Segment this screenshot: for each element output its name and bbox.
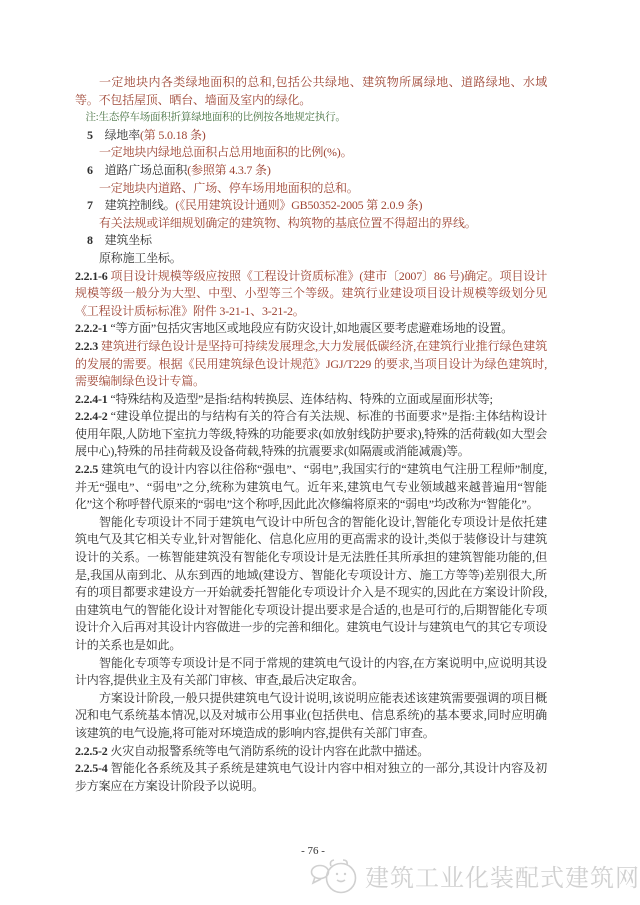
item-5-green-ratio: 5 绿地率(第 5.0.18 条) — [75, 127, 547, 145]
text-segment: 建筑电气的设计内容以往俗称“强电”、“弱电”,我国实行的“建筑电气注册工程师”制… — [75, 462, 547, 511]
text-segment: 一定地块内绿地总面积占总用地面积的比例(%)。 — [99, 145, 352, 159]
text-segment: “等方面”包括灾害地区或地段应有防灾设计,如地震区要考虑避难场地的设置。 — [108, 321, 513, 335]
clause-2-2-1-6: 2.2.1-6 项目设计规模等级应按照《工程设计资质标准》(建市〔2007〕86… — [75, 268, 547, 321]
clause-2-2-2-1: 2.2.2-1 “等方面”包括灾害地区或地段应有防灾设计,如地震区要考虑避难场地… — [75, 320, 547, 338]
text-segment: 一定地块内各类绿地面积的总和,包括公共绿地、建筑物所属绿地、道路绿地、水域等。不… — [75, 75, 547, 107]
text-segment: 道路广场总面积 — [93, 163, 187, 177]
section-number: 2.2.1-6 — [75, 269, 108, 283]
para-scheme-design-stage: 方案设计阶段,一般只提供建筑电气设计说明,该说明应能表述该建筑需要强调的项目概况… — [75, 690, 547, 743]
item-6-road-square-area: 6 道路广场总面积(参照第 4.3.7 条) — [75, 162, 547, 180]
item-8-building-coordinates: 8 建筑坐标 — [75, 232, 547, 250]
item-7-building-control-line: 7 建筑控制线。(《民用建筑设计通则》GB50352-2005 第 2.0.9 … — [75, 197, 547, 215]
text-segment: 建筑坐标 — [93, 233, 152, 247]
para-control-line-definition: 有关法规或详细规划确定的建筑物、构筑物的基底位置不得超出的界线。 — [75, 215, 547, 233]
watermark: 建筑工业化装配式建筑网 — [309, 853, 640, 897]
document-body: 一定地块内各类绿地面积的总和,包括公共绿地、建筑物所属绿地、道路绿地、水域等。不… — [75, 74, 547, 795]
section-number: 2.2.5-2 — [75, 744, 108, 758]
text-segment: (第 5.0.18 条) — [140, 128, 206, 142]
text-segment: (参照第 4.3.7 条) — [187, 163, 270, 177]
text-segment: 注:生态停车场面积折算绿地面积的比例按各地规定执行。 — [86, 112, 346, 123]
clause-2-2-3: 2.2.3 建筑进行绿色设计是坚持可持续发展理念,大力发展低碳经济,在建筑行业推… — [75, 338, 547, 391]
document-page: 一定地块内各类绿地面积的总和,包括公共绿地、建筑物所属绿地、道路绿地、水域等。不… — [0, 0, 640, 905]
text-segment: 智能化专项等专项设计是不同于常规的建筑电气设计的内容,在方案说明中,应说明其设计… — [75, 656, 547, 688]
para-green-ratio-definition: 一定地块内绿地总面积占总用地面积的比例(%)。 — [75, 144, 547, 162]
clause-2-2-5-2: 2.2.5-2 火灾自动报警系统等电气消防系统的设计内容在此款中描述。 — [75, 743, 547, 761]
para-road-square-definition: 一定地块内道路、广场、停车场用地面积的总和。 — [75, 180, 547, 198]
section-number: 2.2.5-4 — [75, 761, 108, 775]
text-segment: 一定地块内道路、广场、停车场用地面积的总和。 — [99, 181, 359, 195]
text-segment: 智能化专项设计不同于建筑电气设计中所包含的智能化设计,智能化专项设计是依托建筑电… — [75, 515, 547, 652]
text-segment: 绿地率 — [93, 128, 140, 142]
watermark-text: 建筑工业化装配式建筑网 — [365, 858, 640, 893]
text-segment: 原称施工坐标。 — [99, 251, 182, 265]
text-segment: 项目设计规模等级应按照《工程设计资质标准》(建市〔2007〕86 号)确定。项目… — [75, 269, 547, 318]
para-intelligent-special-design: 智能化专项设计不同于建筑电气设计中所包含的智能化设计,智能化专项设计是依托建筑电… — [75, 514, 547, 655]
note-eco-parking: 注:生态停车场面积折算绿地面积的比例按各地规定执行。 — [75, 109, 547, 127]
text-segment: (《民用建筑设计通则》GB50352-2005 第 2.0.9 条) — [175, 198, 422, 212]
para-green-area-definition: 一定地块内各类绿地面积的总和,包括公共绿地、建筑物所属绿地、道路绿地、水域等。不… — [75, 74, 547, 109]
text-segment: 有关法规或详细规划确定的建筑物、构筑物的基底位置不得超出的界线。 — [99, 216, 477, 230]
text-segment: 建筑进行绿色设计是坚持可持续发展理念,大力发展低碳经济,在建筑行业推行绿色建筑的… — [75, 339, 547, 388]
text-segment: “特殊结构及造型”是指:结构转换层、连体结构、特殊的立面或屋面形状等; — [108, 392, 493, 406]
section-number: 2.2.4-1 — [75, 392, 108, 406]
section-number: 2.2.3 — [75, 339, 98, 353]
clause-2-2-4-2: 2.2.4-2 “建设单位提出的与结构有关的符合有关法规、标准的书面要求”是指:… — [75, 408, 547, 461]
section-number: 2.2.5 — [75, 462, 98, 476]
text-segment: 建筑控制线。 — [93, 198, 176, 212]
section-number: 2.2.2-1 — [75, 321, 108, 335]
clause-2-2-5-4: 2.2.5-4 智能化各系统及其子系统是建筑电气设计内容中相对独立的一部分,其设… — [75, 760, 547, 795]
para-intelligent-special-description: 智能化专项等专项设计是不同于常规的建筑电气设计的内容,在方案说明中,应说明其设计… — [75, 655, 547, 690]
text-segment: “建设单位提出的与结构有关的符合有关法规、标准的书面要求”是指:主体结构设计使用… — [75, 409, 547, 458]
clause-2-2-5: 2.2.5 建筑电气的设计内容以往俗称“强电”、“弱电”,我国实行的“建筑电气注… — [75, 461, 547, 514]
text-segment: 火灾自动报警系统等电气消防系统的设计内容在此款中描述。 — [108, 744, 429, 758]
text-segment: 智能化各系统及其子系统是建筑电气设计内容中相对独立的一部分,其设计内容及初步方案… — [75, 761, 547, 793]
para-coordinates-definition: 原称施工坐标。 — [75, 250, 547, 268]
clause-2-2-4-1: 2.2.4-1 “特殊结构及造型”是指:结构转换层、连体结构、特殊的立面或屋面形… — [75, 391, 547, 409]
watermark-logo-icon — [309, 853, 361, 897]
text-segment: 方案设计阶段,一般只提供建筑电气设计说明,该说明应能表述该建筑需要强调的项目概况… — [75, 691, 547, 740]
section-number: 2.2.4-2 — [75, 409, 108, 423]
